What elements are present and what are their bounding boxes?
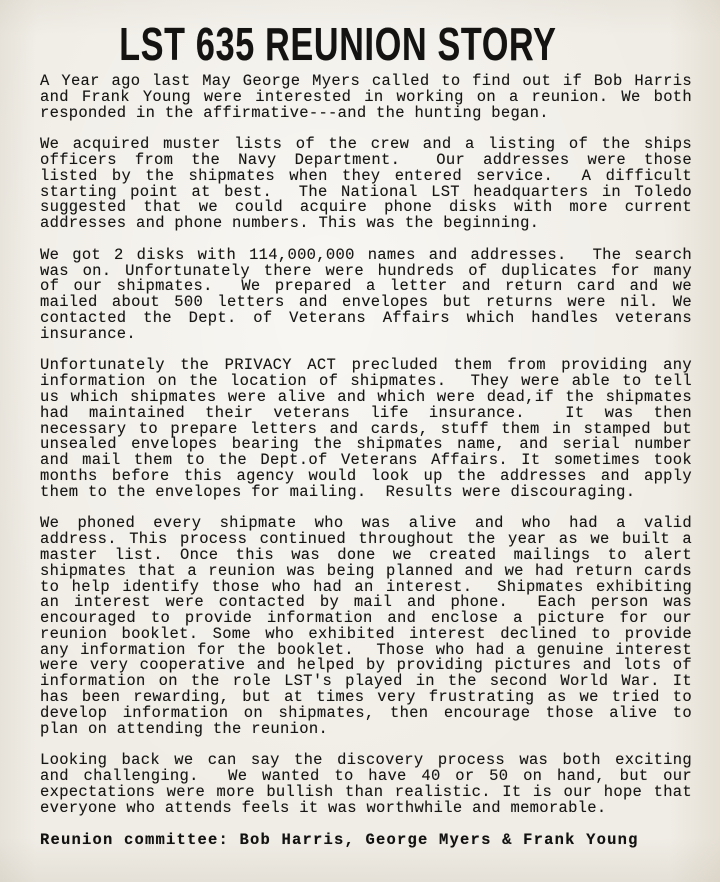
text-line: everyone who attends feels it was worthw… [40,801,692,817]
document-body: A Year ago last May George Myers called … [40,74,692,816]
text-line: them to the envelopes for mailing. Resul… [40,485,692,501]
paragraph: Unfortunately the PRIVACY ACT precluded … [40,358,692,500]
text-line: addresses and phone numbers. This was th… [40,216,692,232]
document-title: LST 635 REUNION STORY [97,24,579,64]
text-line: responded in the affirmative---and the h… [40,106,692,122]
paragraph: Looking back we can say the discovery pr… [40,753,692,816]
text-line: insurance. [40,327,692,343]
text-line: plan on attending the reunion. [40,722,692,738]
paragraph: We phoned every shipmate who was alive a… [40,516,692,737]
scanned-document-page: LST 635 REUNION STORY A Year ago last Ma… [0,0,720,882]
paragraph: We got 2 disks with 114,000,000 names an… [40,248,692,343]
paragraph: A Year ago last May George Myers called … [40,74,692,121]
committee-line: Reunion committee: Bob Harris, George My… [40,832,692,848]
text-line: contacted the Dept. of Veterans Affairs … [40,311,692,327]
paragraph: We acquired muster lists of the crew and… [40,137,692,232]
